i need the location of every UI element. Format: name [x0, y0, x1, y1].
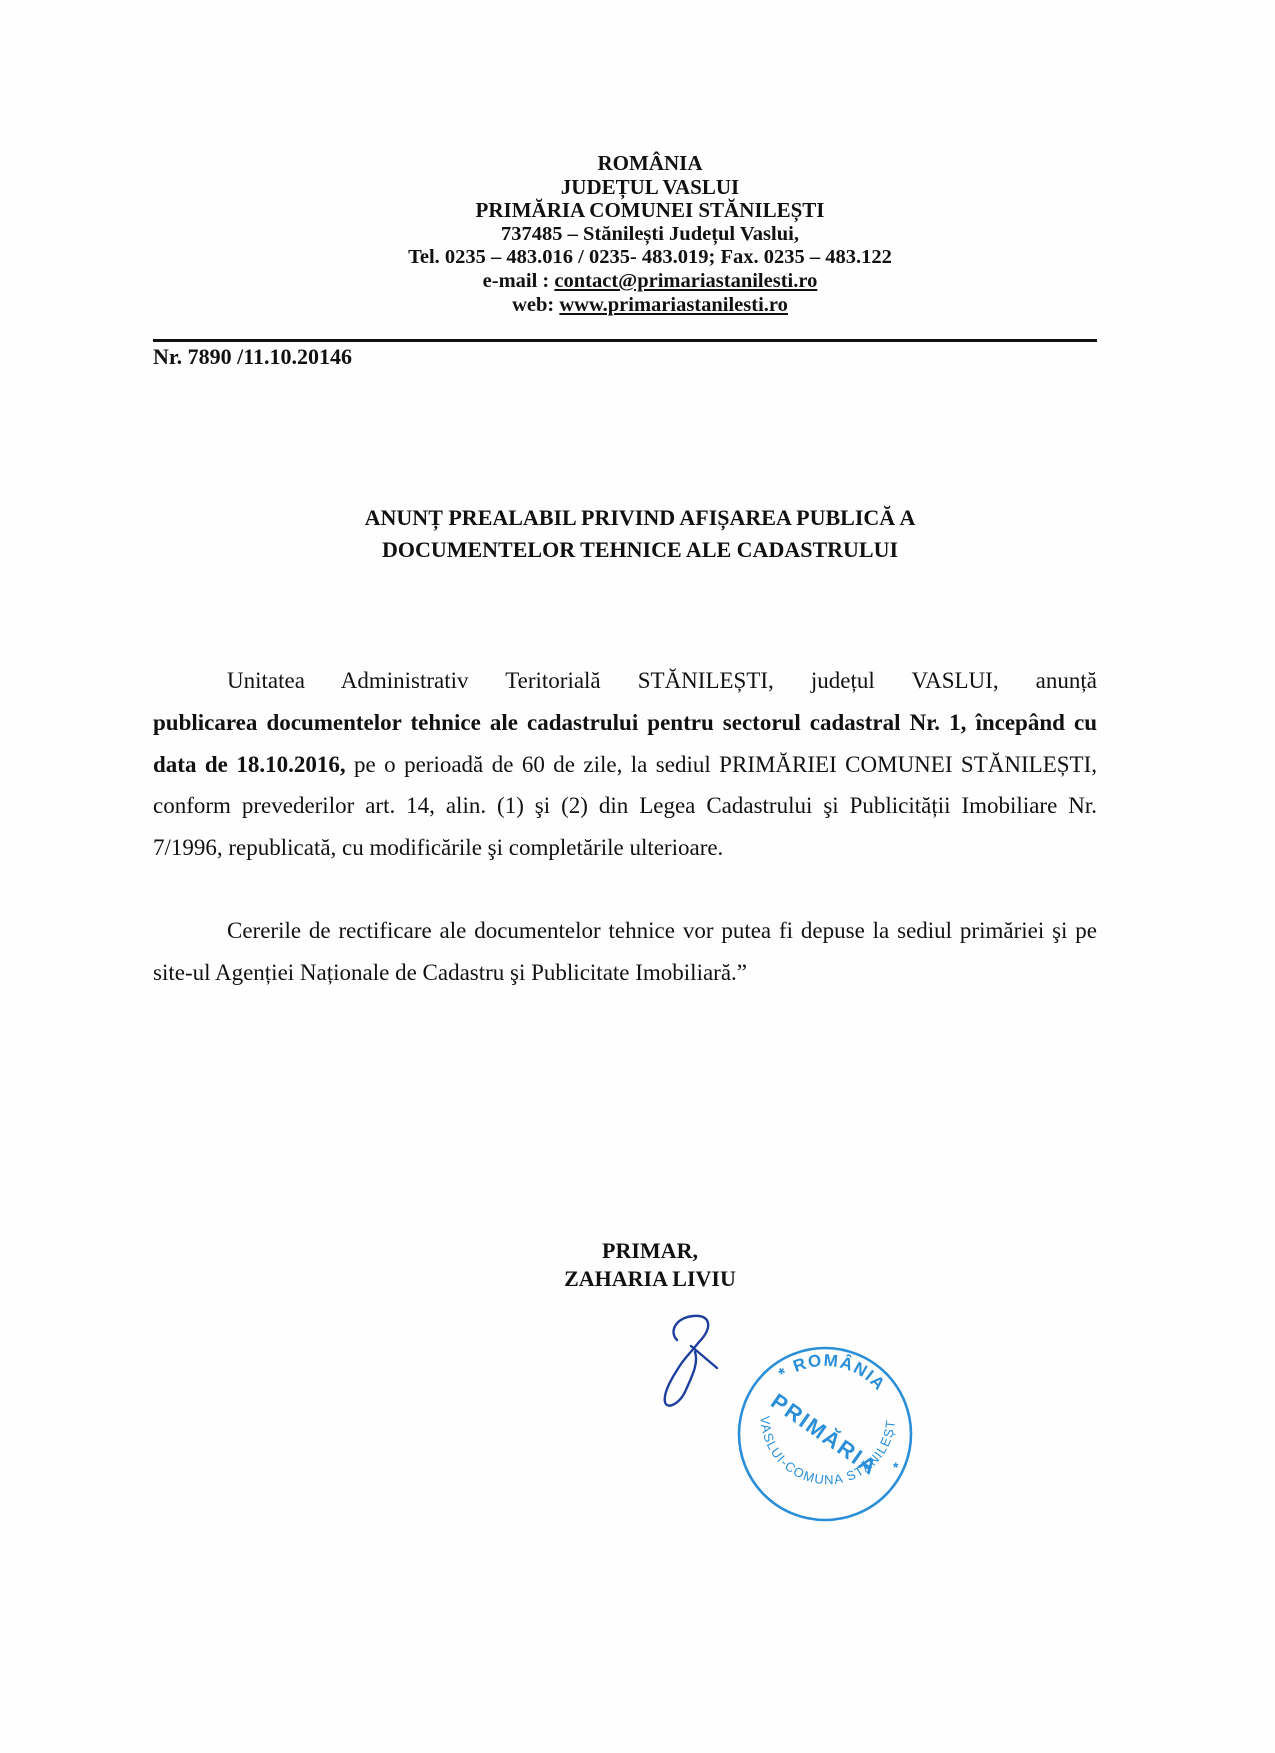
handwritten-signature [655, 1312, 745, 1422]
registration-number: Nr. 7890 /11.10.20146 [153, 344, 352, 370]
email-link[interactable]: contact@primariastanilesti.ro [554, 270, 817, 292]
paragraph-rectification: Cererile de rectificare ale documentelor… [153, 910, 1097, 994]
letterhead-email-line: e-mail : contact@primariastanilesti.ro [300, 270, 1000, 294]
web-link[interactable]: www.primariastanilesti.ro [559, 294, 788, 316]
announcement-intro: Unitatea Administrativ Teritorială STĂNI… [153, 660, 1097, 702]
document-body: Unitatea Administrativ Teritorială STĂNI… [153, 660, 1097, 994]
title-line-2: DOCUMENTELOR TEHNICE ALE CADASTRULUI [250, 534, 1030, 566]
document-title: ANUNȚ PREALABIL PRIVIND AFIȘAREA PUBLICĂ… [250, 502, 1030, 566]
letterhead-country: ROMÂNIA [300, 152, 1000, 176]
web-label: web: [512, 294, 559, 316]
email-label: e-mail : [483, 270, 555, 292]
letterhead-county: JUDEȚUL VASLUI [300, 176, 1000, 200]
paragraph-announcement: Unitatea Administrativ Teritorială STĂNI… [153, 660, 1097, 869]
header-divider [153, 339, 1097, 342]
letterhead: ROMÂNIA JUDEȚUL VASLUI PRIMĂRIA COMUNEI … [300, 152, 1000, 317]
letterhead-phone: Tel. 0235 – 483.016 / 0235- 483.019; Fax… [300, 246, 1000, 270]
official-stamp: * ROMÂNIA VASLUI-COMUNA STĂNILEȘTI PRIMĂ… [733, 1342, 917, 1526]
document-page: ROMÂNIA JUDEȚUL VASLUI PRIMĂRIA COMUNEI … [0, 0, 1275, 1753]
title-line-1: ANUNȚ PREALABIL PRIVIND AFIȘAREA PUBLICĂ… [250, 502, 1030, 534]
letterhead-web-line: web: www.primariastanilesti.ro [300, 294, 1000, 318]
letterhead-institution: PRIMĂRIA COMUNEI STĂNILEȘTI [300, 199, 1000, 223]
letterhead-address: 737485 – Stănilești Județul Vaslui, [300, 223, 1000, 247]
stamp-star-icon: * [893, 1459, 899, 1475]
svg-text:* ROMÂNIA: * ROMÂNIA [775, 1351, 890, 1395]
signatory-name: ZAHARIA LIVIU [520, 1265, 780, 1293]
signatory-block: PRIMAR, ZAHARIA LIVIU [520, 1237, 780, 1293]
signatory-role: PRIMAR, [520, 1237, 780, 1265]
stamp-top-text: ROMÂNIA [791, 1351, 890, 1395]
